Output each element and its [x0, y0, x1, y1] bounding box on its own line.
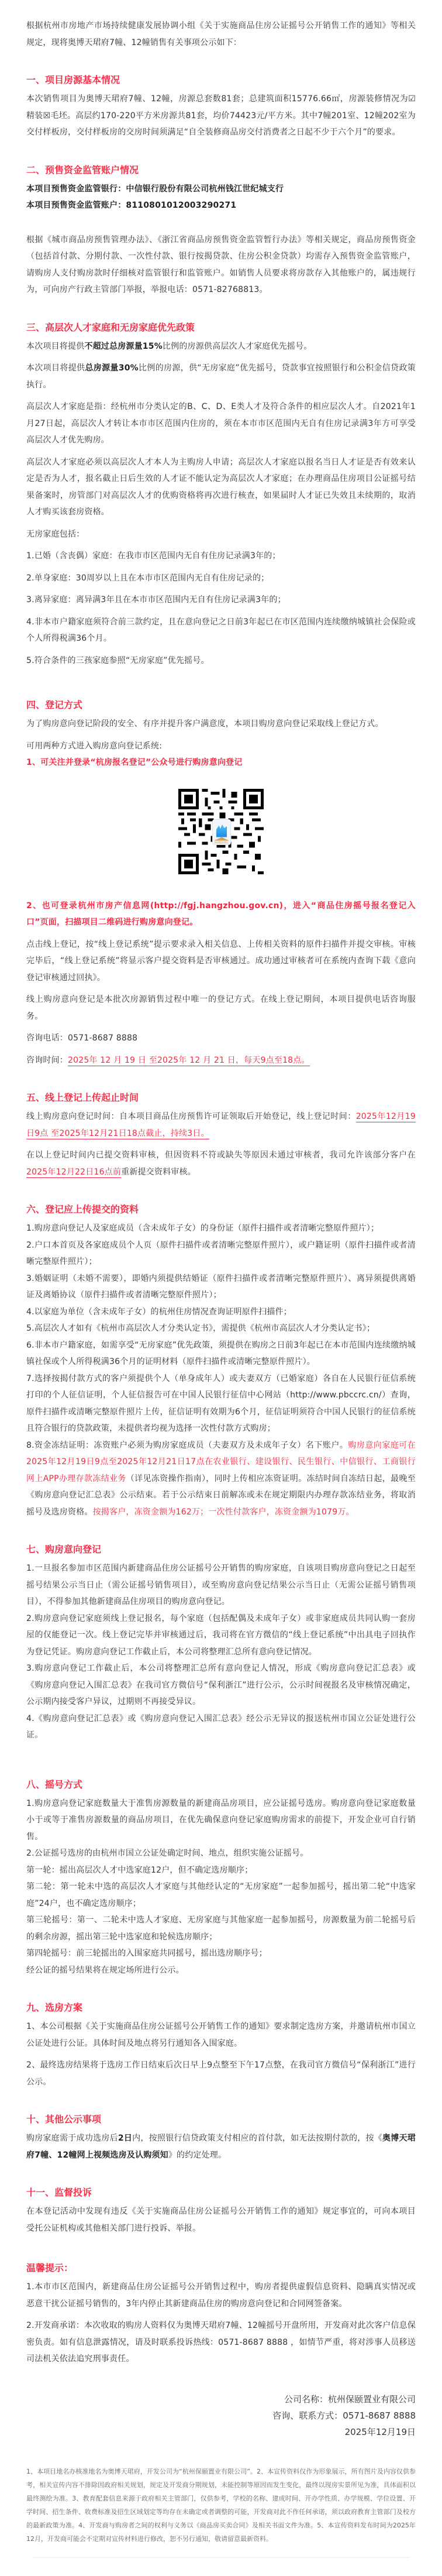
list-item: 5.高层次人才如有《杭州市高层次人才分类认定书》，需提供《杭州市高层次人才分类认…	[26, 1320, 416, 1337]
talent-definition: 高层次人才家庭是指：经杭州市分类认定的B、C、D、E类人才及符合条件的相应层次人…	[26, 399, 416, 449]
resubmit-deadline-value: 2025年12月22日16点前	[26, 1167, 121, 1178]
registration-only-method: 线上购房意向登记是本批次房源销售过程中唯一的登记方式。在线上登记期间，本项目提供…	[26, 991, 416, 1025]
footer-divider	[32, 2557, 410, 2564]
section-tips: 温馨提示： 1.本市市区范围内，新建商品住房公证摇号公开销售过程中，购房者提供虚…	[26, 2260, 416, 2368]
escrow-bank-label: 本项目预售资金监管银行：	[26, 184, 126, 194]
qr-logo-caption: 杭房报名登记	[215, 841, 229, 844]
list-item: 第三轮摇号：第一、二轮未中选人才家庭、无房家庭与其他家庭一起参加摇号，房源数量为…	[26, 1912, 416, 1945]
section-complaints: 十一、监督投诉 在本登记活动中发现有违反《关于实施商品住房公证摇号公开销售工作的…	[26, 2185, 416, 2237]
section-intent-registration: 七、购房意向登记 1.一旦报名参加市区范围内新建商品住房公证摇号公开销售的购房家…	[26, 1541, 416, 1744]
text: 线上购房意向登记时间：自本项目商品住房预售许可证领取后开始登记，线上登记时间：	[26, 1112, 356, 1121]
talent-quota-value: 不超过总房源量15%	[84, 342, 163, 351]
qr-logo: 杭房报名登记	[212, 819, 231, 845]
section-selection-plan: 九、选房方案 1、本公司根据《关于实施商品住房公证摇号公开销售工作的通知》要求制…	[26, 2000, 416, 2090]
disclaimer-text: 1、本项目地名办核准地名为奥博天珺府，开发公司为“杭州保颐置业有限公司”。2、本…	[26, 2465, 416, 2546]
text: 本次项目将提供	[26, 342, 84, 351]
consult-time-value: 2025年 12 月 19 日 至2025年 12 月 21 日，每天9点至18…	[68, 1056, 310, 1066]
registration-way-2: 2、也可登录杭州市房产信息网(http://fgj.hangzhou.gov.c…	[26, 898, 416, 931]
list-item: 4.非本市户籍家庭须符合前三款约定，且在意向登记之日前3年起已在市区范围内连续缴…	[26, 614, 416, 647]
list-item: 第四轮摇号：前三轮摇出的入围家庭共同摇号，摇出选房顺序号；	[26, 1945, 416, 1962]
list-item: 2.购房意向登记家庭须线上登记报名，每个家庭（包括配偶及未成年子女）或非家庭成员…	[26, 1610, 416, 1661]
escrow-rules: 根据《城市商品房预售管理办法》、《浙江省商品房预售资金监管暂行办法》等相关规定，…	[26, 232, 416, 298]
fund-freeze-amounts: 按揭客户，冻资金额为162万；一次性付款客户，冻资金额为1079万。	[93, 1507, 354, 1517]
qr-code-container: 杭房报名登记	[26, 789, 416, 874]
text: 本次项目将提供	[26, 363, 85, 373]
escrow-account-label: 本项目预售资金监管账户：	[26, 201, 126, 210]
list-item: 1.已婚（含丧偶）家庭：在我市市区范围内无自有住房记录满3年的；	[26, 548, 416, 565]
list-item: 2.单身家庭：30周岁以上且在本市市区范围内无自有住房记录的；	[26, 570, 416, 587]
housing-info-text: 本次销售项目为奥博天珺府7幢、12幢，房源总套数81套；总建筑面积15776.6…	[26, 91, 416, 141]
section-upload-window: 五、线上登记上传起止时间 线上购房意向登记时间：自本项目商品住房预售许可证领取后…	[26, 1090, 416, 1180]
registration-ways-label: 可用两种方式进入购房意向登记系统:	[26, 738, 416, 755]
section-title: 七、购房意向登记	[26, 1541, 416, 1558]
list-item: 第二轮：第一轮未中选的高层次人才家庭与其他经认定的“无房家庭”一起参加摇号，摇出…	[26, 1878, 416, 1912]
escrow-bank: 本项目预售资金监管银行：中信银行股份有限公司杭州钱江世纪城支行	[26, 181, 416, 198]
list-item: 4.以家庭为单位（含未成年子女）的杭州住房情况查询证明原件扫描件；	[26, 1304, 416, 1321]
list-item: 1.一旦报名参加市区范围内新建商品住房公证摇号公开销售的购房家庭，自该项目购房意…	[26, 1560, 416, 1610]
section-title: 三、高层次人才家庭和无房家庭优先政策	[26, 320, 416, 336]
consult-phone-value: 0571-8687 8888	[68, 1033, 137, 1043]
section-title: 八、摇号方式	[26, 1777, 416, 1793]
section-title: 二、预售资金监管账户情况	[26, 162, 416, 178]
list-item: 1.购房意向登记家庭数量大于准售房源数量的新建商品房项目，应公证摇号选房。购房意…	[26, 1795, 416, 1846]
company-name: 公司名称：杭州保颐置业有限公司	[26, 2391, 416, 2407]
list-item: 3.婚姻证明（未婚不需要），即婚内须提供结婚证（原件扫描件或者清晰完整原件照片）…	[26, 1270, 416, 1304]
qr-code-image[interactable]: 杭房报名登记	[178, 789, 264, 874]
building-icon	[216, 825, 227, 837]
section-other-matters: 十、其他公示事项 购房家庭需于成功选房后2日内，按照银行信贷政策支付相应的首付款…	[26, 2111, 416, 2163]
section-title: 六、登记应上传提交的资料	[26, 1201, 416, 1218]
tip-item: 2.开发商承诺：本次收取的购房人资料仅为奥博天珺府7幢、12幢摇号开盘所用，开发…	[26, 2317, 416, 2368]
section-title: 一、项目房源基本情况	[26, 72, 416, 88]
consult-phone: 咨询电话：0571-8687 8888	[26, 1030, 416, 1047]
text: 重新提交资料审核。	[121, 1167, 196, 1177]
section-priority-policy: 三、高层次人才家庭和无房家庭优先政策 本次项目将提供不超过总房源量15%比例的房…	[26, 320, 416, 669]
consult-time: 咨询时间：2025年 12 月 19 日 至2025年 12 月 21 日，每天…	[26, 1052, 416, 1069]
text: 内，按照银行信贷政策支付相应的首付款，如无法按期付款的，按《	[132, 2134, 382, 2143]
escrow-account-value: 8110801012003290271	[126, 201, 236, 210]
registration-steps: 点击线上登记，按“线上登记系统”提示要求录入相关信息、上传相关资料的原件扫描件并…	[26, 936, 416, 987]
registration-way-1: 1、可关注并登录“杭房报名登记”公众号进行购房意向登记	[26, 754, 416, 771]
list-item: 第一轮：摇出高层次人才中选家庭12户，但不确定选房顺序；	[26, 1862, 416, 1879]
list-item: 7.选择按揭付款方式的客户须提供个人（单身成年人）或夫妻双方（已婚家庭）各自在人…	[26, 1371, 416, 1437]
section-escrow-account: 二、预售资金监管账户情况 本项目预售资金监管银行：中信银行股份有限公司杭州钱江世…	[26, 162, 416, 298]
nohouse-quota-value: 总房源量30%	[85, 363, 138, 373]
talent-quota: 本次项目将提供不超过总房源量15%比例的房源供高层次人才家庭优先摇号。	[26, 338, 416, 355]
text: 》的约定处理。	[168, 2151, 226, 2160]
intro-paragraph: 根据杭州市房地产市场持续健康发展协调小组《关于实施商品住房公证摇号公开销售工作的…	[26, 18, 416, 51]
section-required-documents: 六、登记应上传提交的资料 1.购房意向登记人及家庭成员（含未成年子女）的身份证（…	[26, 1201, 416, 1520]
list-item: 2、最终选房结果将于选房工作日结束后次日早上9点整至下午17点整，在我司官方微信…	[26, 2057, 416, 2090]
consult-phone-label: 咨询电话：	[26, 1033, 68, 1043]
tips-title: 温馨提示：	[26, 2260, 416, 2276]
upload-time: 线上购房意向登记时间：自本项目商品住房预售许可证领取后开始登记，线上登记时间：2…	[26, 1108, 416, 1142]
payment-deadline: 2日	[118, 2134, 132, 2143]
registration-intro: 为了购房意向登记阶段的安全、有序并提升客户满意度，本项目购房意向登记采取线上登记…	[26, 716, 416, 733]
talent-rules: 高层次人才家庭必须以高层次人才本人为主购房人申请；高层次人才家庭以报名当日人才证…	[26, 454, 416, 521]
signature-block: 公司名称：杭州保颐置业有限公司 咨询、联系方式：0571-8687 8888 2…	[26, 2391, 416, 2440]
resubmit-deadline: 在以上登记时间内已提交资料审核，但因资料不符或缺失等原因未通过审核者，我司允许该…	[26, 1147, 416, 1180]
section-title: 四、登记方式	[26, 697, 416, 713]
list-item: 3.离异家庭：离异满3年且在本市市区范围内无自有住房记录满3年的；	[26, 592, 416, 609]
consult-time-label: 咨询时间：	[26, 1056, 68, 1065]
publish-date: 2025年12月19日	[26, 2424, 416, 2440]
list-item: 1.购房意向登记人及家庭成员（含未成年子女）的身份证（原件扫描件或者清晰完整原件…	[26, 1220, 416, 1237]
section-title: 五、线上登记上传起止时间	[26, 1090, 416, 1106]
text: 8.资金冻结证明：冻资账户必须为购房家庭成员（夫妻双方及未成年子女）名下账户。	[26, 1441, 348, 1450]
escrow-account: 本项目预售资金监管账户：8110801012003290271	[26, 197, 416, 214]
list-item: 6.非本市户籍家庭，如需享受“无房家庭”优先政策，须提供在购房之日前3年起已在本…	[26, 1337, 416, 1371]
list-item: 2.户口本首页及各家庭成员个人页（原件扫描件或者清晰完整原件照片），或户籍证明（…	[26, 1237, 416, 1270]
list-item: 1、本公司根据《关于实施商品住房公证摇号公开销售工作的通知》要求制定选房方案，并…	[26, 2018, 416, 2052]
roof-icon	[214, 837, 229, 841]
tip-item: 1.本市市区范围内，新建商品住房公证摇号公开销售过程中，购房者提供虚假信息资料、…	[26, 2279, 416, 2312]
section-lottery-method: 八、摇号方式 1.购房意向登记家庭数量大于准售房源数量的新建商品房项目，应公证摇…	[26, 1777, 416, 1979]
section-registration-method: 四、登记方式 为了购房意向登记阶段的安全、有序并提升客户满意度，本项目购房意向登…	[26, 697, 416, 1069]
list-item: 5.符合条件的三孩家庭参照“无房家庭”优先摇号。	[26, 652, 416, 669]
section-title: 十、其他公示事项	[26, 2111, 416, 2128]
list-item: 4.《购房意向登记汇总表》或《购房意向登记入围汇总表》经公示无异议的报送杭州市国…	[26, 1711, 416, 1744]
complaints-text: 在本登记活动中发现有违反《关于实施商品住房公证摇号公开销售工作的通知》规定事宜的…	[26, 2203, 416, 2237]
nohouse-label: 无房家庭包括：	[26, 526, 416, 543]
list-item: 3.购房意向登记工作截止后，本公司将整理汇总所有意向登记人情况，形成《购房意向登…	[26, 1660, 416, 1711]
section-title: 十一、监督投诉	[26, 2185, 416, 2201]
list-item-fund-freeze: 8.资金冻结证明：冻资账户必须为购房家庭成员（夫妻双方及未成年子女）名下账户。购…	[26, 1437, 416, 1521]
section-title: 九、选房方案	[26, 2000, 416, 2016]
text: 在以上登记时间内已提交资料审核，但因资料不符或缺失等原因未通过审核者，我司允许该…	[26, 1150, 416, 1160]
text: 购房家庭需于成功选房后	[26, 2134, 118, 2143]
contact-info: 咨询、联系方式：0571-8687 8888	[26, 2407, 416, 2424]
section-housing-info: 一、项目房源基本情况 本次销售项目为奥博天珺府7幢、12幢，房源总套数81套；总…	[26, 72, 416, 141]
escrow-bank-value: 中信银行股份有限公司杭州钱江世纪城支行	[126, 184, 284, 194]
list-item: 2.公证摇号选房的由杭州市国立公证处确定时间、地点，组织实施公证摇号。	[26, 1845, 416, 1862]
announcement-page: 根据杭州市房地产市场持续健康发展协调小组《关于实施商品住房公证摇号公开销售工作的…	[0, 0, 442, 2576]
nohouse-quota: 本次项目将提供总房源量30%比例的房源，供“无房家庭”优先摇号，贷款事宜按照银行…	[26, 360, 416, 393]
payment-terms: 购房家庭需于成功选房后2日内，按照银行信贷政策支付相应的首付款，如无法按期付款的…	[26, 2130, 416, 2163]
text: 比例的房源供高层次人才家庭优先摇号。	[163, 342, 312, 351]
list-item: 经公证的摇号结果将在规定场所进行公示。	[26, 1962, 416, 1979]
